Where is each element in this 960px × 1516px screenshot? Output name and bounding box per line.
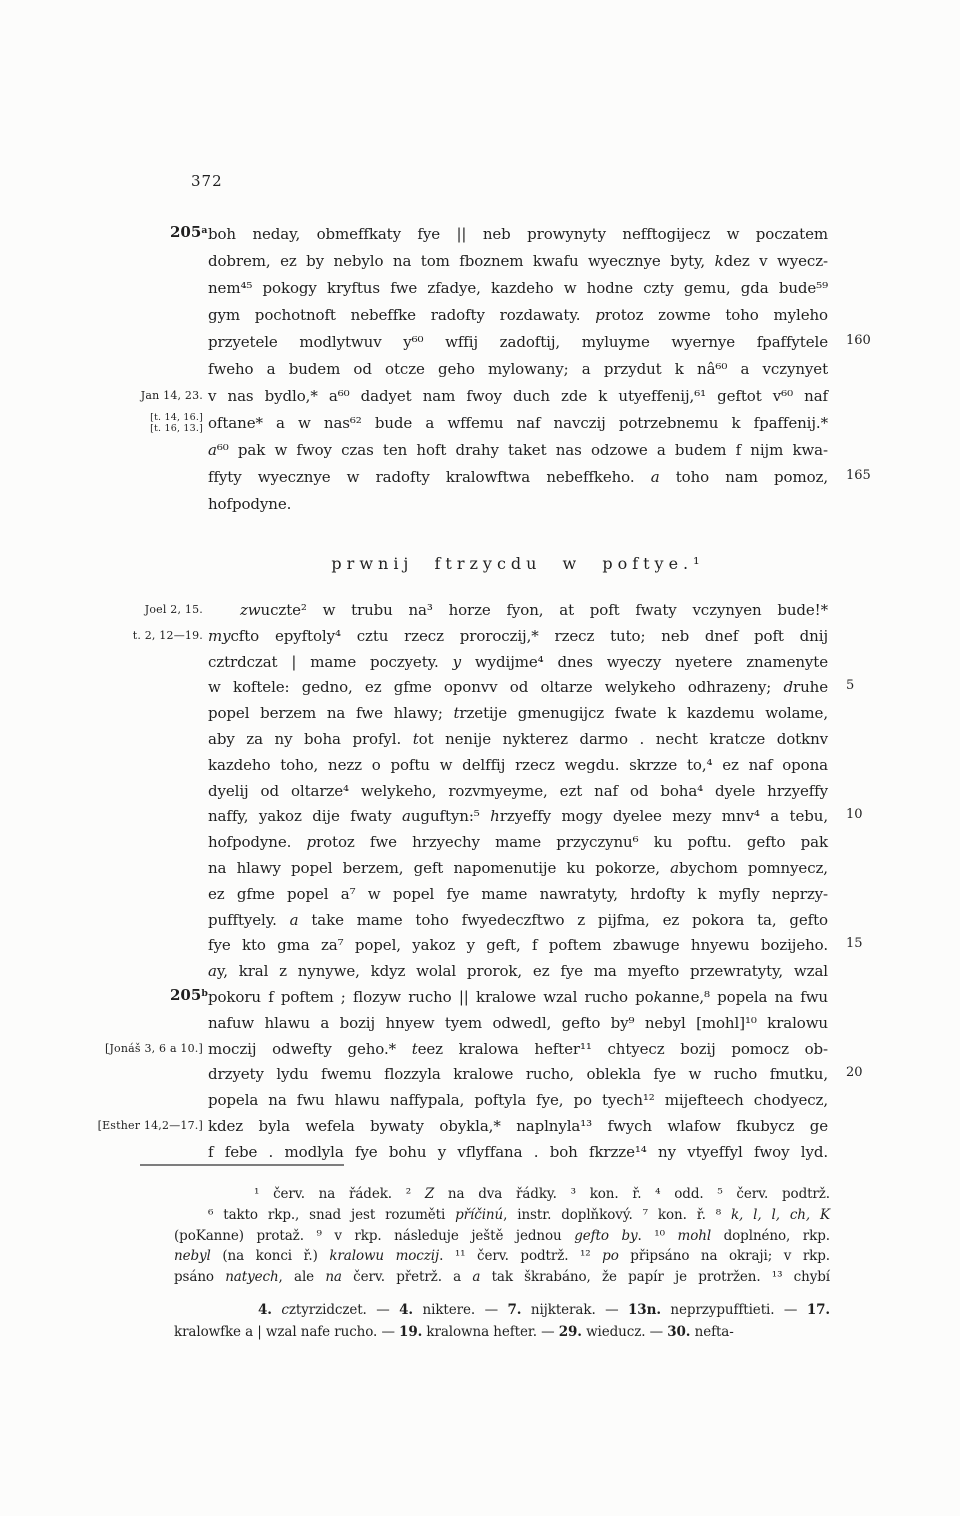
text-line: ez gfme popel a⁷ w popel fye mame nawrat… <box>0 882 960 909</box>
text-line: [Jonáš 3, 6 a 10.]moczij odwefty geho.* … <box>0 1037 960 1064</box>
text-line: na hlawy popel berzem, geft napomenutije… <box>0 856 960 883</box>
text-line: popel berzem na fwe hlawy; trzetije gmen… <box>0 701 960 728</box>
line-text: naffy, yakoz dije fwaty auguftyn:⁵ hrzye… <box>208 804 828 829</box>
line-text: kazdeho toho, nezz o poftu w delffij rze… <box>208 753 828 778</box>
line-text: f febe . modlyla fye bohu y vflyffana . … <box>208 1140 828 1165</box>
line-text: aby za ny boha profyl. tot nenije nykter… <box>208 727 828 752</box>
line-text: mycfto epyftoly⁴ cztu rzecz proroczij,* … <box>208 624 828 649</box>
line-text: w koftele: gedno, ez gfme oponvv od olta… <box>208 675 828 700</box>
line-text: zwuczte² w trubu na³ horze fyon, at poft… <box>208 598 828 623</box>
line-text: psáno natyech, ale na červ. přetrž. a a … <box>174 1267 830 1287</box>
line-text: pufftyely. a take mame toho fwyedeczftwo… <box>208 908 828 933</box>
line-text: dobrem, ez by nebylo na tom fboznem kwaf… <box>208 249 828 274</box>
text-line: t. 2, 12—19.mycfto epyftoly⁴ cztu rzecz … <box>0 624 960 651</box>
line-text: kdez byla wefela bywaty obykla,* naplnyl… <box>208 1114 828 1139</box>
text-line: w koftele: gedno, ez gfme oponvv od olta… <box>0 675 960 702</box>
line-text: ¹ červ. na řádek. ² Z na dva řádky. ³ ko… <box>174 1184 830 1204</box>
line-number: 165 <box>846 468 871 483</box>
text-line: [t. 14, 16.][t. 16, 13.]oftane* a w nas⁶… <box>0 411 960 438</box>
margin-reference: [t. 14, 16.][t. 16, 13.] <box>150 412 203 434</box>
line-number: 10 <box>846 807 863 822</box>
line-text: kralowfke a | wzal nafe rucho. — 19. kra… <box>174 1322 830 1342</box>
line-number: 20 <box>846 1065 863 1080</box>
line-number: 5 <box>846 678 854 693</box>
line-text: ⁶ takto rkp., snad jest rozuměti příčinú… <box>174 1205 830 1225</box>
text-line: Jan 14, 23.v nas bydlo,* a⁶⁰ dadyet nam … <box>0 384 960 411</box>
line-text: nem⁴⁵ pokogy kryftus fwe zfadye, kazdeho… <box>208 276 828 301</box>
margin-reference: [Esther 14,2—17.] <box>98 1119 203 1132</box>
line-text: nafuw hlawu a bozij hnyew tyem odwedl, g… <box>208 1011 828 1036</box>
line-text: a⁶⁰ pak w fwoy czas ten hoft drahy taket… <box>208 438 828 463</box>
folio-marker: 205a <box>170 223 207 241</box>
text-line: dyelij od oltarze⁴ welykeho, rozvmyeyme,… <box>0 779 960 806</box>
line-number: 15 <box>846 936 863 951</box>
margin-reference: Jan 14, 23. <box>141 389 203 402</box>
text-line: cztrdczat | mame poczyety. y wydijme⁴ dn… <box>0 650 960 677</box>
margin-reference: Joel 2, 15. <box>145 603 203 616</box>
line-number: 160 <box>846 333 871 348</box>
line-text: dyelij od oltarze⁴ welykeho, rozvmyeyme,… <box>208 779 828 804</box>
text-line: aby za ny boha profyl. tot nenije nykter… <box>0 727 960 754</box>
line-text: drzyety lydu fwemu flozzyla kralowe ruch… <box>208 1062 828 1087</box>
text-line: nafuw hlawu a bozij hnyew tyem odwedl, g… <box>0 1011 960 1038</box>
margin-reference: [Jonáš 3, 6 a 10.] <box>105 1042 203 1055</box>
line-text: ffyty wyecznye w radofty kralowftwa nebe… <box>208 465 828 490</box>
line-text: na hlawy popel berzem, geft napomenutije… <box>208 856 828 881</box>
text-line: gym pochotnoft nebeffke radofty rozdawat… <box>0 303 960 330</box>
text-line: pufftyely. a take mame toho fwyedeczftwo… <box>0 908 960 935</box>
text-line: ay, kral z nynywe, kdyz wolal prorok, ez… <box>0 959 960 986</box>
text-line: fweho a budem od otcze geho mylowany; a … <box>0 357 960 384</box>
text-line: kralowfke a | wzal nafe rucho. — 19. kra… <box>0 1322 960 1349</box>
line-text: ez gfme popel a⁷ w popel fye mame nawrat… <box>208 882 828 907</box>
text-line: fye kto gma za⁷ popel, yakoz y geft, f p… <box>0 933 960 960</box>
text-line: nem⁴⁵ pokogy kryftus fwe zfadye, kazdeho… <box>0 276 960 303</box>
page-number: 372 <box>191 172 223 190</box>
line-text: popela na fwu hlawu naffypala, poftyla f… <box>208 1088 828 1113</box>
line-text: moczij odwefty geho.* teez kralowa hefte… <box>208 1037 828 1062</box>
text-line: f febe . modlyla fye bohu y vflyffana . … <box>0 1140 960 1167</box>
scanned-book-page: { "page_number": "372", "heading": "prwn… <box>0 0 960 1516</box>
text-line: [Esther 14,2—17.]kdez byla wefela bywaty… <box>0 1114 960 1141</box>
line-text: 4. cztyrzidczet. — 4. niktere. — 7. nijk… <box>174 1300 830 1320</box>
line-text: przyetele modlytwuv y⁶⁰ wffij zadoftij, … <box>208 330 828 355</box>
text-line: popela na fwu hlawu naffypala, poftyla f… <box>0 1088 960 1115</box>
line-text: fweho a budem od otcze geho mylowany; a … <box>208 357 828 382</box>
text-line: naffy, yakoz dije fwaty auguftyn:⁵ hrzye… <box>0 804 960 831</box>
line-text: hofpodyne. protoz fwe hrzyechy mame przy… <box>208 830 828 855</box>
line-text: cztrdczat | mame poczyety. y wydijme⁴ dn… <box>208 650 828 675</box>
text-line: Joel 2, 15.zwuczte² w trubu na³ horze fy… <box>0 598 960 625</box>
margin-reference: t. 2, 12—19. <box>133 629 203 642</box>
line-text: fye kto gma za⁷ popel, yakoz y geft, f p… <box>208 933 828 958</box>
line-text: (poKanne) protaž. ⁹ v rkp. následuje ješ… <box>174 1226 830 1246</box>
line-text: gym pochotnoft nebeffke radofty rozdawat… <box>208 303 828 328</box>
section-heading: prwnij ftrzycdu w poftye.¹ <box>208 554 828 580</box>
text-line: przyetele modlytwuv y⁶⁰ wffij zadoftij, … <box>0 330 960 357</box>
text-line: psáno natyech, ale na červ. přetrž. a a … <box>0 1267 960 1294</box>
line-text: oftane* a w nas⁶² bude a wffemu naf navc… <box>208 411 828 436</box>
footnote-separator <box>140 1164 344 1166</box>
line-text: pokoru f poftem ; flozyw rucho || kralow… <box>208 985 828 1010</box>
line-text: popel berzem na fwe hlawy; trzetije gmen… <box>208 701 828 726</box>
line-text: hofpodyne. <box>208 492 828 517</box>
folio-marker: 205b <box>170 986 208 1004</box>
text-line: hofpodyne. <box>0 492 960 519</box>
text-line: kazdeho toho, nezz o poftu w delffij rze… <box>0 753 960 780</box>
line-text: boh neday, obmeffkaty fye || neb prowyny… <box>208 222 828 247</box>
text-line: a⁶⁰ pak w fwoy czas ten hoft drahy taket… <box>0 438 960 465</box>
text-line: drzyety lydu fwemu flozzyla kralowe ruch… <box>0 1062 960 1089</box>
text-line: hofpodyne. protoz fwe hrzyechy mame przy… <box>0 830 960 857</box>
text-line: ffyty wyecznye w radofty kralowftwa nebe… <box>0 465 960 492</box>
line-text: nebyl (na konci ř.) kralowu moczij. ¹¹ č… <box>174 1246 830 1266</box>
text-line: 205bpokoru f poftem ; flozyw rucho || kr… <box>0 985 960 1012</box>
text-line: dobrem, ez by nebylo na tom fboznem kwaf… <box>0 249 960 276</box>
line-text: v nas bydlo,* a⁶⁰ dadyet nam fwoy duch z… <box>208 384 828 409</box>
text-line: 205aboh neday, obmeffkaty fye || neb pro… <box>0 222 960 249</box>
line-text: ay, kral z nynywe, kdyz wolal prorok, ez… <box>208 959 828 984</box>
